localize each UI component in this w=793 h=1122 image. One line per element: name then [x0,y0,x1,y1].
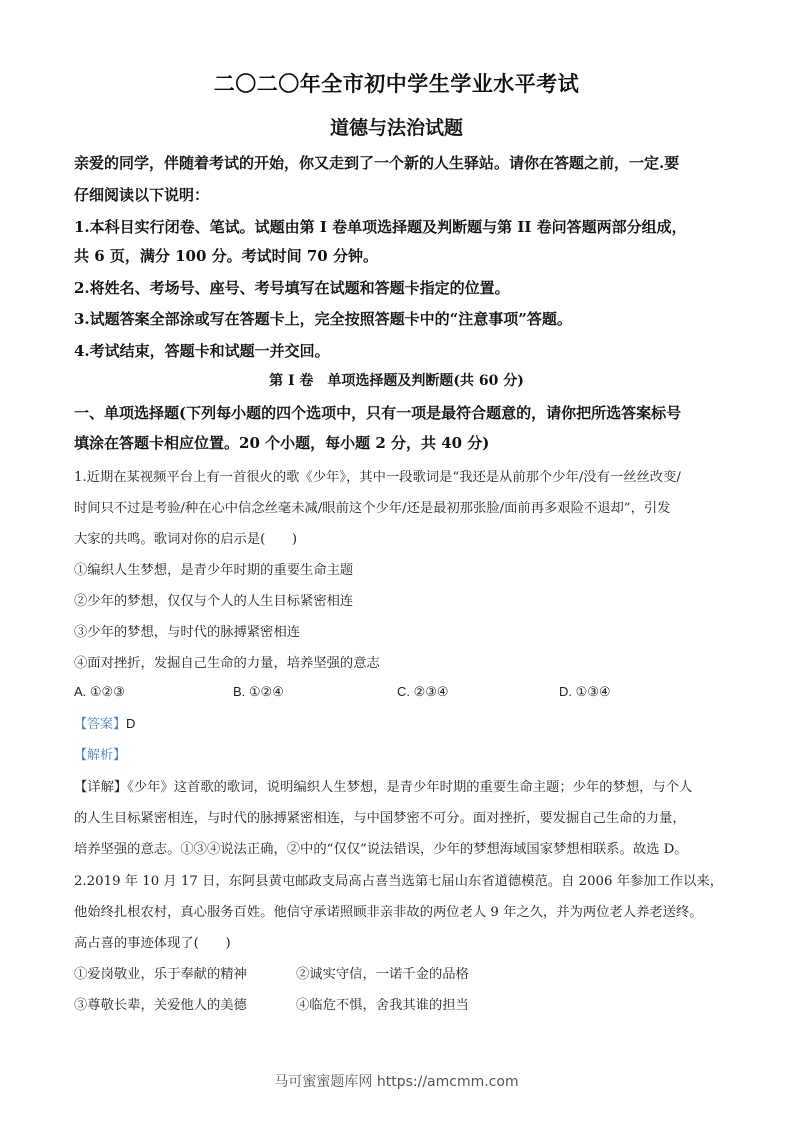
q1-statement-2: ②少年的梦想，仅仅与个人的人生目标紧密相连 [74,590,353,609]
q1-option-c: C. ②③④ [397,684,449,700]
exam-subtitle: 道德与法治试题 [0,113,793,140]
q1-detail-line-3: 培养坚强的意志。①③④说法正确，②中的“仅仅”说法错误，少年的梦想海域国家梦想相… [74,838,688,857]
answer-label: 【答案】 [74,717,126,732]
q1-detail-line-1: 【详解】《少年》这首歌的歌词，说明编织人生梦想，是青少年时期的重要生命主题；少年… [74,776,692,795]
intro-line-1: 亲爱的同学，伴随着考试的开始，你又走到了一个新的人生驿站。请你在答题之前，一定.… [74,152,679,173]
rule-3: 3.试题答案全部涂或写在答题卡上，完全按照答题卡中的“注意事项”答题。 [74,308,572,329]
q1-detail-line-2: 的人生目标紧密相连，与时代的脉搏紧密相连，与中国梦密不可分。面对挫折，要发掘自己… [74,807,686,826]
rule-1-line-1: 1.本科目实行闭卷、笔试。试题由第 I 卷单项选择题及判断题与第 II 卷问答题… [74,216,687,237]
answer-value: D [126,716,135,731]
detail-label: 【详解】 [74,780,127,795]
exam-page: 二〇二〇年全市初中学生学业水平考试 道德与法治试题 亲爱的同学，伴随着考试的开始… [0,0,793,1122]
intro-line-2: 仔细阅读以下说明： [74,184,209,205]
q1-option-a: A. ①②③ [74,684,125,700]
rule-4: 4.考试结束，答题卡和试题一并交回。 [74,340,330,361]
exam-title: 二〇二〇年全市初中学生学业水平考试 [0,68,793,98]
q1-stem-line-3: 大家的共鸣。歌词对你的启示是( ) [74,528,297,547]
footer-watermark: 马可蜜蜜题库网 https://amcmm.com [0,1071,793,1091]
rule-1-line-2: 共 6 页，满分 100 分。考试时间 70 分钟。 [74,245,378,266]
analysis-label: 【解析】 [74,744,126,763]
q2-stem-line-3: 高占喜的事迹体现了( ) [74,932,231,951]
rule-2: 2.将姓名、考场号、座号、考号填写在试题和答题卡指定的位置。 [74,277,510,298]
q1-option-d: D. ①③④ [559,684,611,700]
q2-stem-line-2: 他始终扎根农村，真心服务百姓。他信守承诺照顾非亲非故的两位老人 9 年之久，并为… [74,901,703,920]
section-title: 第 I 卷 单项选择题及判断题(共 60 分) [0,370,793,390]
q1-stem-line-2: 时间只不过是考验/种在心中信念丝毫未减/眼前这个少年/还是最初那张脸/面前再多艰… [74,497,670,516]
q2-stem-line-1: 2.2019 年 10 月 17 日，东阿县黄屯邮政支局高占喜当选第七届山东省道… [74,870,723,889]
q2-statement-4: ④临危不惧，舍我其谁的担当 [296,994,469,1013]
q1-statement-4: ④面对挫折，发掘自己生命的力量，培养坚强的意志 [74,652,380,671]
q2-statement-1: ①爱岗敬业，乐于奉献的精神 [74,963,247,982]
q2-statement-2: ②诚实守信，一诺千金的品格 [296,963,469,982]
part-instructions-line-2: 填涂在答题卡相应位置。20 个小题，每小题 2 分，共 40 分) [74,432,489,453]
q1-option-b: B. ①②④ [233,684,284,700]
q2-statement-3: ③尊敬长辈，关爱他人的美德 [74,994,247,1013]
q1-statement-3: ③少年的梦想，与时代的脉搏紧密相连 [74,621,300,640]
part-instructions-line-1: 一、单项选择题(下列每小题的四个选项中，只有一项是最符合题意的，请你把所选答案标… [74,402,681,423]
q1-stem-line-1: 1.近期在某视频平台上有一首很火的歌《少年》，其中一段歌词是“我还是从前那个少年… [74,466,681,485]
q1-statement-1: ①编织人生梦想，是青少年时期的重要生命主题 [74,559,353,578]
q1-answer: 【答案】D [74,713,135,733]
